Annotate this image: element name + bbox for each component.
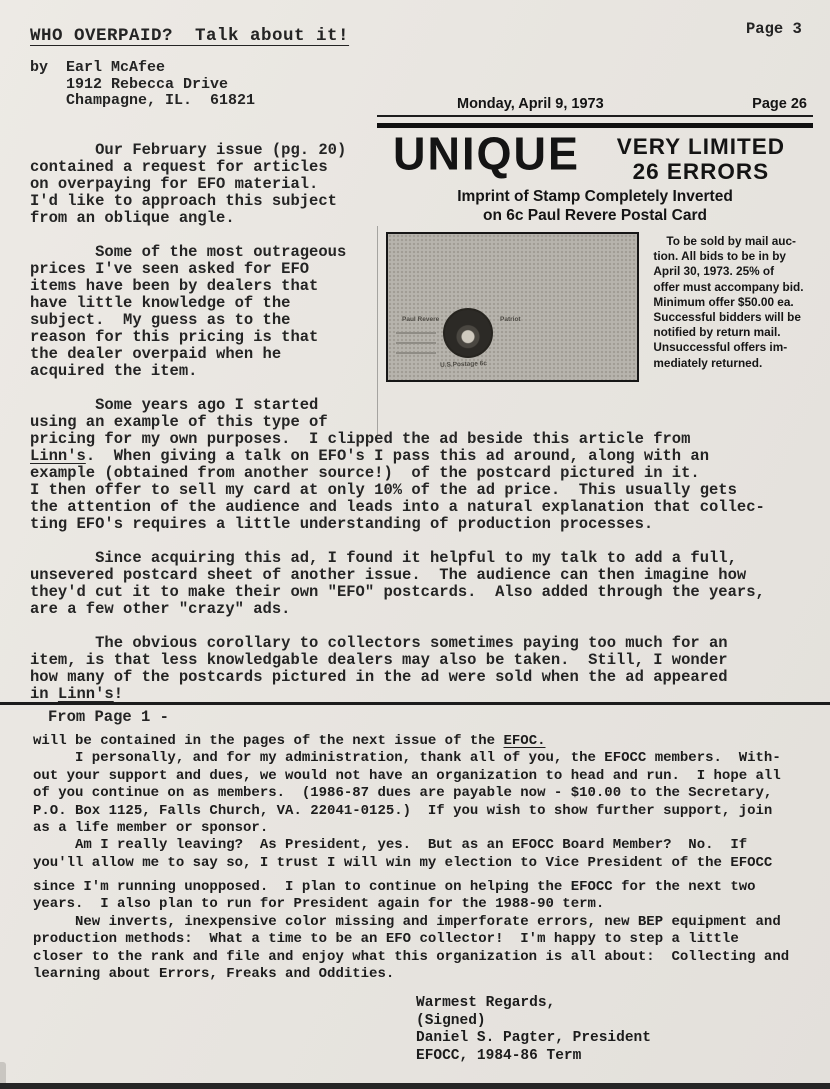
- clipping-subhead: Imprint of Stamp Completely Inverted on …: [377, 187, 813, 225]
- headline-very-limited: VERY LIMITED 26 ERRORS: [617, 134, 785, 184]
- section-divider-rule: [0, 702, 830, 705]
- clipping-torn-edge: [377, 226, 378, 436]
- stamp-caption-bottom: U.S.Postage 6c: [440, 360, 487, 369]
- postcard-address-line: [396, 352, 436, 354]
- clipping-body: Paul Revere Patriot U.S.Postage 6c To be…: [377, 232, 813, 382]
- paragraph-3: Some years ago I startedusing an example…: [30, 397, 765, 533]
- newspaper-clipping: Monday, April 9, 1973 Page 26 UNIQUE VER…: [377, 96, 813, 382]
- article-title: WHO OVERPAID? Talk about it!: [30, 26, 349, 46]
- inverted-stamp-icon: [443, 308, 493, 358]
- auction-terms-text: To be sold by mail auc-tion. All bids to…: [653, 234, 813, 382]
- signature-block: Warmest Regards,(Signed)Daniel S. Pagter…: [416, 995, 651, 1065]
- stamp-caption-left: Paul Revere: [402, 316, 439, 323]
- clipping-headline-row: UNIQUE VERY LIMITED 26 ERRORS: [377, 133, 813, 184]
- headline-unique: UNIQUE: [393, 132, 580, 176]
- byline-block: by Earl McAfee 1912 Rebecca Drive Champa…: [30, 60, 255, 110]
- page-number: Page 3: [746, 20, 802, 38]
- scan-bottom-bar: [0, 1083, 830, 1089]
- headline-very-limited-line1: VERY LIMITED: [617, 134, 785, 159]
- clipping-dateline: Monday, April 9, 1973 Page 26: [377, 96, 813, 115]
- stamp-caption-right: Patriot: [500, 316, 521, 323]
- continuation-part-2: since I'm running unopposed. I plan to c…: [33, 879, 789, 983]
- subhead-line2: on 6c Paul Revere Postal Card: [377, 206, 813, 225]
- postcard-address-line: [396, 332, 436, 334]
- headline-very-limited-line2: 26 ERRORS: [617, 159, 785, 184]
- postcard-address-line: [396, 342, 436, 344]
- continuation-part-1: will be contained in the pages of the ne…: [33, 733, 781, 872]
- paragraph-5: The obvious corollary to collectors some…: [30, 635, 765, 703]
- from-page-1-heading: From Page 1 -: [48, 708, 169, 726]
- clipping-page-number: Page 26: [752, 96, 807, 112]
- postcard-photo: Paul Revere Patriot U.S.Postage 6c: [386, 232, 639, 382]
- paragraph-4: Since acquiring this ad, I found it help…: [30, 550, 765, 618]
- subhead-line1: Imprint of Stamp Completely Inverted: [377, 187, 813, 206]
- clipping-thin-rule: [377, 115, 813, 117]
- scanned-newsletter-page: WHO OVERPAID? Talk about it! Page 3 by E…: [0, 0, 830, 1089]
- clipping-date: Monday, April 9, 1973: [457, 96, 604, 112]
